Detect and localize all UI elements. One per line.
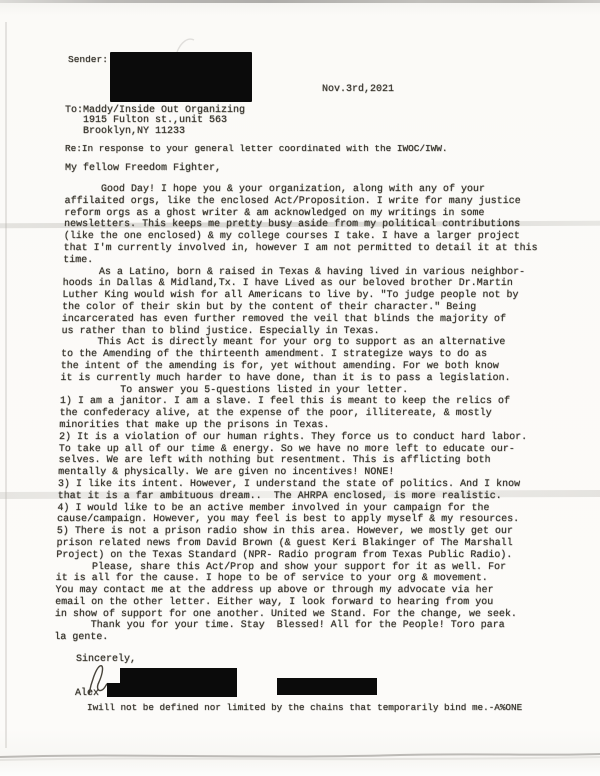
recipient-address-block: To:Maddy/Inside Out Organizing 1915 Fult… xyxy=(65,106,245,137)
subject-re-line: Re:In response to your general letter co… xyxy=(65,143,448,155)
signer-name: Alex xyxy=(75,688,99,700)
redaction-box-surname xyxy=(277,678,377,695)
redaction-box-sender-address xyxy=(110,52,252,102)
scan-artifact-top-edge xyxy=(0,0,600,3)
closing-sincerely: Sincerely, xyxy=(76,654,136,666)
sender-label: Sender: xyxy=(68,54,108,66)
scan-artifact-bottom-edge xyxy=(0,750,600,764)
footer-quote: Iwill not be defined nor limited by the … xyxy=(87,702,522,714)
redaction-box-signature xyxy=(107,668,237,697)
scan-artifact-left-edge xyxy=(5,22,7,748)
letter-body: Good Day! I hope you & your organization… xyxy=(54,184,567,644)
letter-date: Nov.3rd,2021 xyxy=(322,84,394,96)
salutation: My fellow Freedom Fighter, xyxy=(65,163,221,175)
scanned-letter-page: Sender: Nov.3rd,2021 To:Maddy/Inside Out… xyxy=(0,0,600,776)
